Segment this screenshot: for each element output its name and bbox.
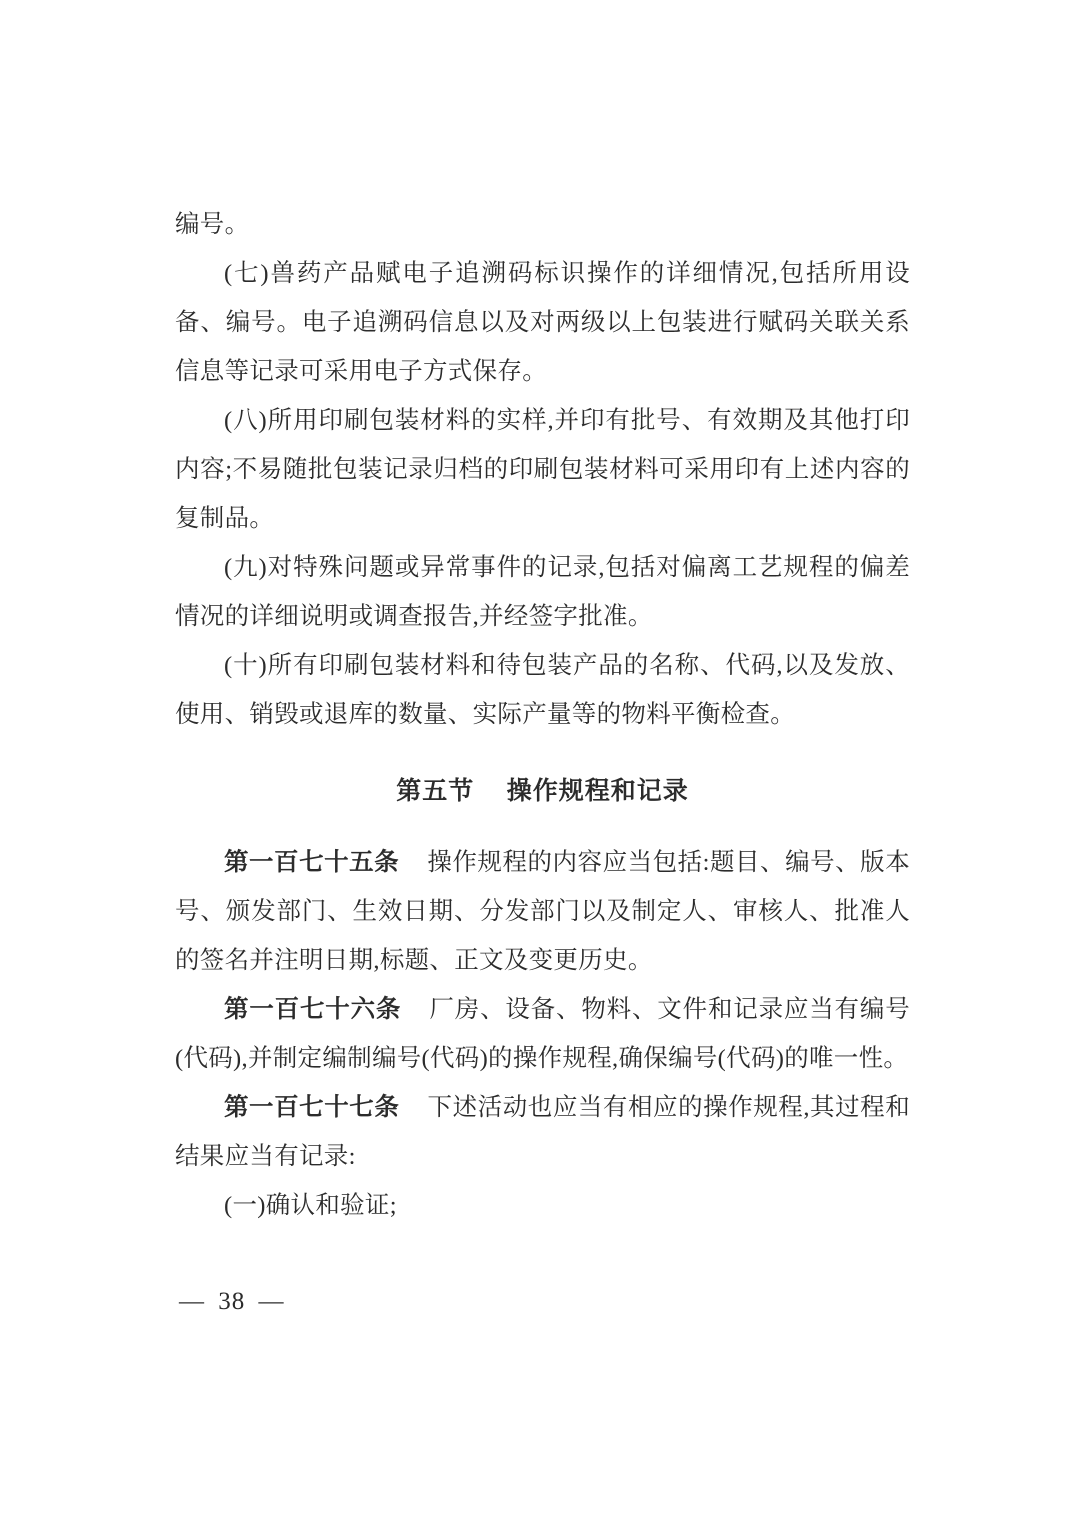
article-177: 第一百七十七条下述活动也应当有相应的操作规程,其过程和结果应当有记录: xyxy=(175,1083,910,1181)
list-item-7: (七)兽药产品赋电子追溯码标识操作的详细情况,包括所用设备、编号。电子追溯码信息… xyxy=(175,249,910,396)
page-number-footer: — 38 — xyxy=(179,1284,285,1320)
section-label: 第五节 xyxy=(396,778,474,805)
article-177-number: 第一百七十七条 xyxy=(224,1094,399,1121)
list-item-10: (十)所有印刷包装材料和待包装产品的名称、代码,以及发放、使用、销毁或退库的数量… xyxy=(175,641,910,739)
article-176-number: 第一百七十六条 xyxy=(224,996,401,1023)
section-title: 操作规程和记录 xyxy=(507,778,689,805)
document-page: 编号。 (七)兽药产品赋电子追溯码标识操作的详细情况,包括所用设备、编号。电子追… xyxy=(0,0,1080,1529)
paragraph-continuation: 编号。 xyxy=(175,200,910,249)
section-heading: 第五节操作规程和记录 xyxy=(175,767,910,816)
sub-item-1: (一)确认和验证; xyxy=(175,1181,910,1230)
list-item-8: (八)所用印刷包装材料的实样,并印有批号、有效期及其他打印内容;不易随批包装记录… xyxy=(175,396,910,543)
page-content: 编号。 (七)兽药产品赋电子追溯码标识操作的详细情况,包括所用设备、编号。电子追… xyxy=(175,200,910,1230)
article-176: 第一百七十六条厂房、设备、物料、文件和记录应当有编号(代码),并制定编制编号(代… xyxy=(175,985,910,1083)
list-item-9: (九)对特殊问题或异常事件的记录,包括对偏离工艺规程的偏差情况的详细说明或调查报… xyxy=(175,543,910,641)
article-175: 第一百七十五条操作规程的内容应当包括:题目、编号、版本号、颁发部门、生效日期、分… xyxy=(175,838,910,985)
article-175-number: 第一百七十五条 xyxy=(224,849,399,876)
